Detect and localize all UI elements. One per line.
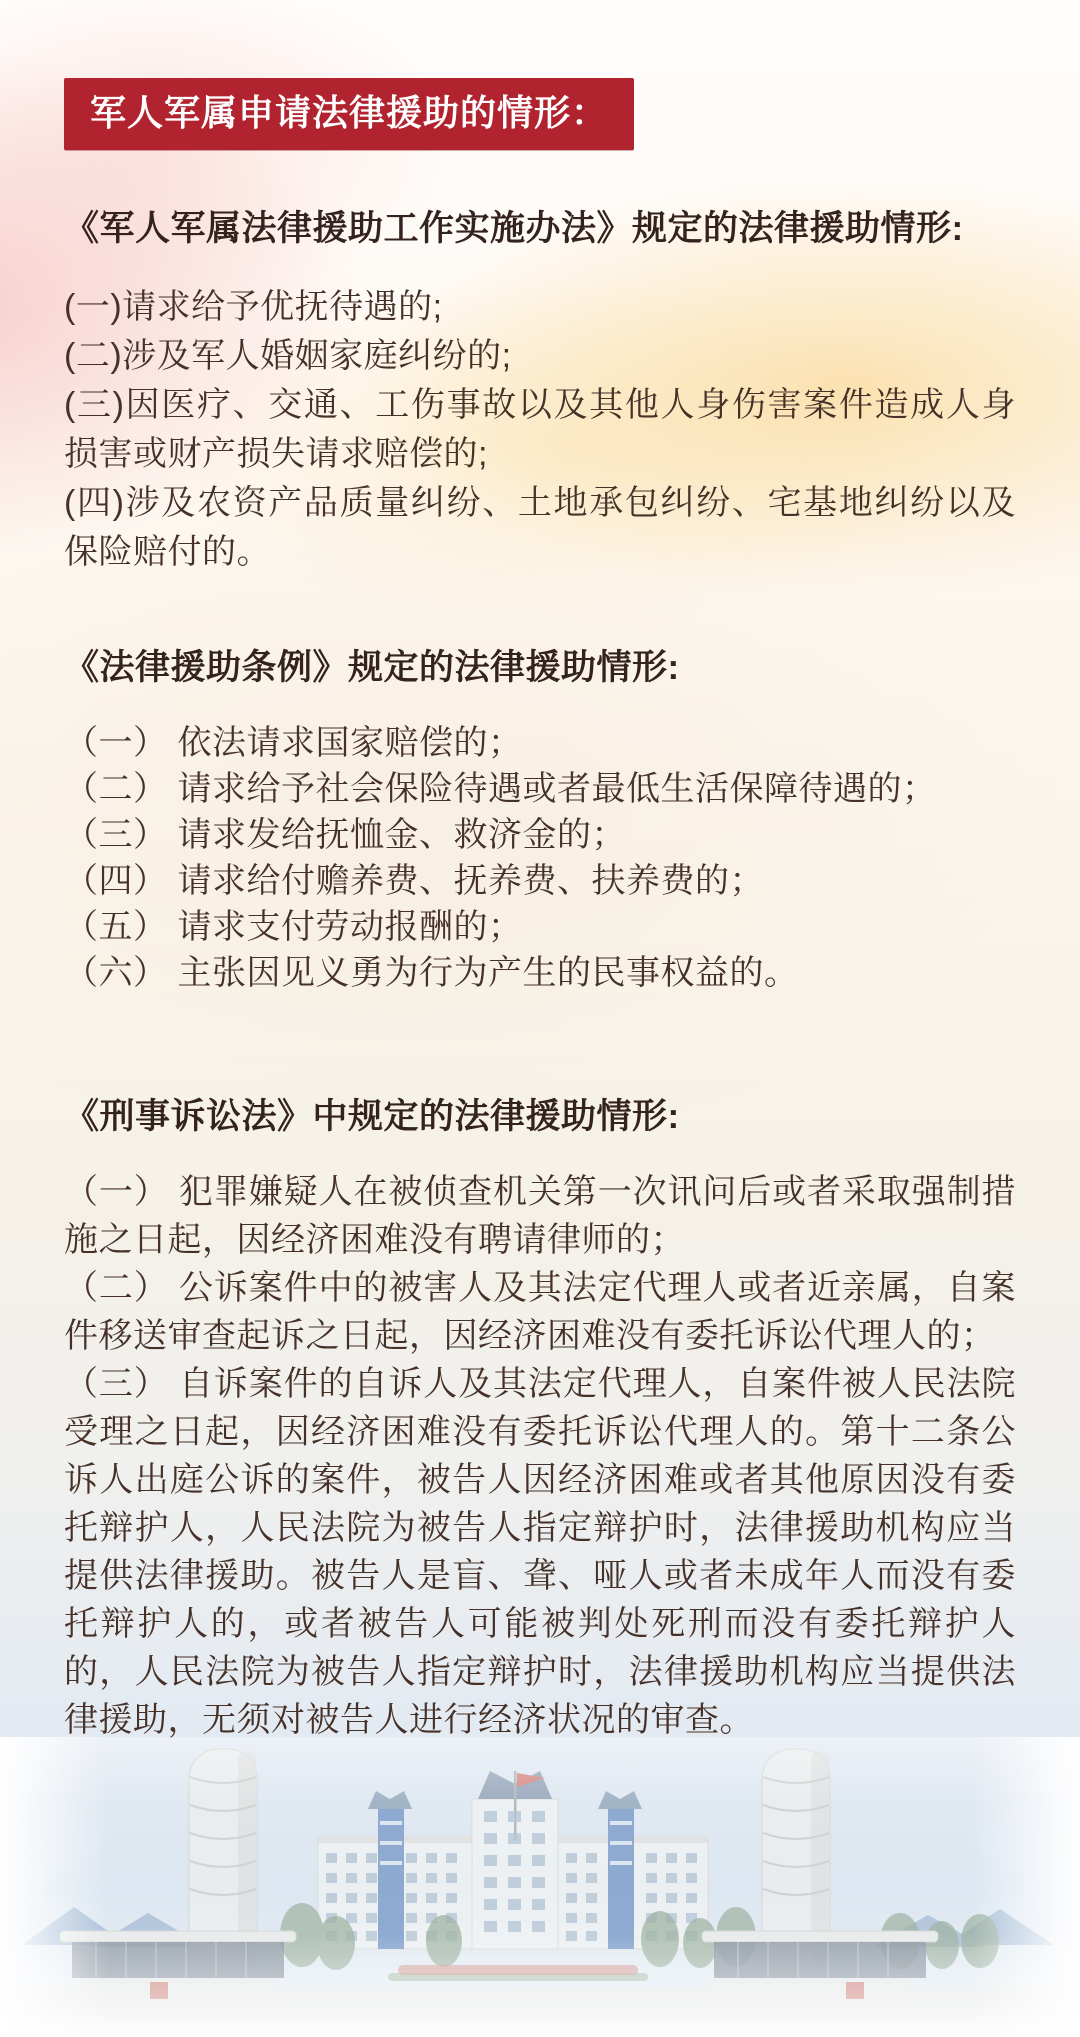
list-item: （一） 犯罪嫌疑人在被侦查机关第一次讯问后或者采取强制措施之日起，因经济困难没有… bbox=[64, 1168, 1016, 1264]
title-banner: 军人军属申请法律援助的情形： bbox=[64, 78, 634, 150]
list-item: （四） 请求给付赡养费、抚养费、扶养费的； bbox=[64, 858, 1016, 904]
section-criminal-procedure-law: 《刑事诉讼法》中规定的法律援助情形: （一） 犯罪嫌疑人在被侦查机关第一次讯问后… bbox=[64, 1096, 1016, 1744]
section-3-heading: 《刑事诉讼法》中规定的法律援助情形: bbox=[64, 1096, 1016, 1138]
list-item: （三） 请求发给抚恤金、救济金的； bbox=[64, 812, 1016, 858]
list-item: （三） 自诉案件的自诉人及其法定代理人，自案件被人民法院受理之日起，因经济困难没… bbox=[64, 1360, 1016, 1744]
section-implementation-measures: 《军人军属法律援助工作实施办法》规定的法律援助情形: (一)请求给予优抚待遇的;… bbox=[64, 208, 1016, 577]
list-item: (四)涉及农资产品质量纠纷、土地承包纠纷、宅基地纠纷以及保险赔付的。 bbox=[64, 479, 1016, 577]
list-item: （二） 公诉案件中的被害人及其法定代理人或者近亲属，自案件移送审查起诉之日起，因… bbox=[64, 1264, 1016, 1360]
section-1-heading: 《军人军属法律援助工作实施办法》规定的法律援助情形: bbox=[64, 208, 1016, 250]
building-illustration bbox=[0, 1737, 1080, 2037]
section-3-list: （一） 犯罪嫌疑人在被侦查机关第一次讯问后或者采取强制措施之日起，因经济困难没有… bbox=[64, 1168, 1016, 1744]
section-1-list: (一)请求给予优抚待遇的; (二)涉及军人婚姻家庭纠纷的; (三)因医疗、交通、… bbox=[64, 283, 1016, 577]
legal-aid-article: 军人军属申请法律援助的情形： 《军人军属法律援助工作实施办法》规定的法律援助情形… bbox=[0, 0, 1080, 2037]
list-item: （一） 依法请求国家赔偿的； bbox=[64, 720, 1016, 766]
section-2-heading: 《法律援助条例》规定的法律援助情形: bbox=[64, 647, 1016, 689]
government-building-photo bbox=[0, 1737, 1080, 2037]
section-2-list: （一） 依法请求国家赔偿的； （二） 请求给予社会保险待遇或者最低生活保障待遇的… bbox=[64, 720, 1016, 996]
banner-title: 军人军属申请法律援助的情形： bbox=[90, 92, 608, 133]
list-item: （五） 请求支付劳动报酬的； bbox=[64, 904, 1016, 950]
list-item: （六） 主张因见义勇为行为产生的民事权益的。 bbox=[64, 950, 1016, 996]
list-item: （二） 请求给予社会保险待遇或者最低生活保障待遇的； bbox=[64, 766, 1016, 812]
list-item: (二)涉及军人婚姻家庭纠纷的; bbox=[64, 332, 1016, 381]
list-item: (一)请求给予优抚待遇的; bbox=[64, 283, 1016, 332]
list-item: (三)因医疗、交通、工伤事故以及其他人身伤害案件造成人身损害或财产损失请求赔偿的… bbox=[64, 381, 1016, 479]
section-legal-aid-regulations: 《法律援助条例》规定的法律援助情形: （一） 依法请求国家赔偿的； （二） 请求… bbox=[64, 647, 1016, 996]
article-body: 《军人军属法律援助工作实施办法》规定的法律援助情形: (一)请求给予优抚待遇的;… bbox=[0, 208, 1080, 1744]
